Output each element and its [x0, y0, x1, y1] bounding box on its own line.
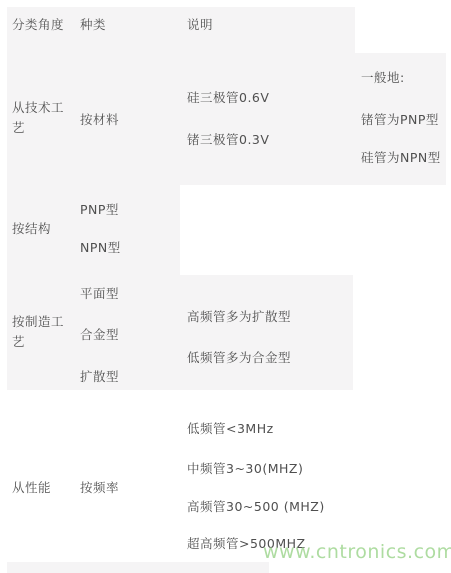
desc-silicon-transistor: 硅三极管0.6V: [187, 88, 269, 108]
shade-bottom-strip: [7, 562, 269, 573]
desc-low-freq-alloy: 低频管多为合金型: [187, 348, 291, 368]
row-kind-by-frequency: 按频率: [80, 478, 119, 498]
row-category-by-performance: 从性能: [12, 478, 51, 498]
row-kind-by-material: 按材料: [80, 110, 119, 130]
watermark-cntronics: www.cntronics.com: [263, 540, 451, 564]
note-generally: 一般地:: [361, 68, 405, 88]
kind-npn-type: NPN型: [80, 238, 121, 258]
kind-pnp-type: PNP型: [80, 200, 119, 220]
desc-germanium-transistor: 锗三极管0.3V: [187, 130, 269, 150]
column-header-kind: 种类: [80, 15, 106, 35]
row-category-by-structure: 按结构: [12, 219, 51, 239]
column-header-description: 说明: [187, 15, 213, 35]
desc-mid-freq-range: 中频管3~30(MHZ): [187, 459, 303, 479]
row-category-manufacturing-process: 按制造工艺: [12, 312, 68, 352]
classification-table-page: 分类角度 种类 说明 从技术工艺 按材料 硅三极管0.6V 锗三极管0.3V 一…: [0, 0, 451, 573]
row-category-technical-process: 从技术工艺: [12, 98, 68, 138]
kind-diffusion-type: 扩散型: [80, 367, 119, 387]
column-header-classification-angle: 分类角度: [12, 15, 64, 35]
desc-low-freq-range: 低频管<3MHz: [187, 419, 274, 439]
desc-high-freq-diffusion: 高频管多为扩散型: [187, 307, 291, 327]
kind-planar-type: 平面型: [80, 284, 119, 304]
kind-alloy-type: 合金型: [80, 325, 119, 345]
desc-high-freq-range: 高频管30~500 (MHZ): [187, 497, 325, 517]
note-germanium-pnp: 锗管为PNP型: [361, 110, 439, 130]
note-silicon-npn: 硅管为NPN型: [361, 148, 441, 168]
